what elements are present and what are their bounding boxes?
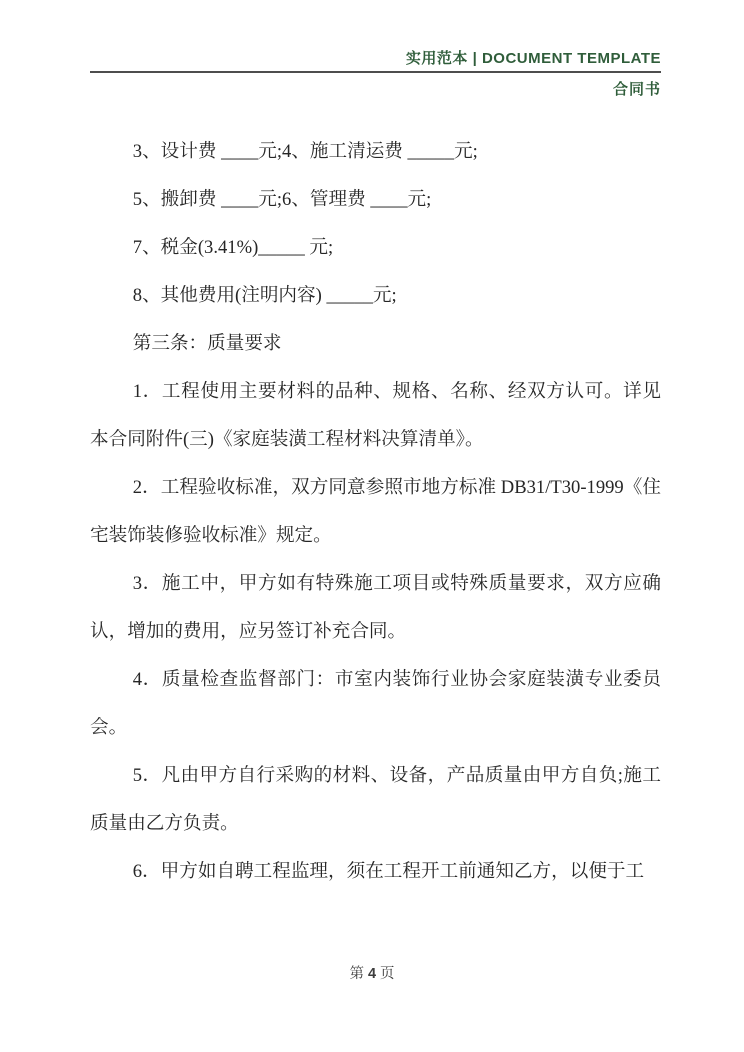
page-label-prefix: 第 bbox=[349, 966, 364, 982]
page-footer: 第4页 bbox=[0, 964, 744, 984]
fee-line-design: 3、设计费 ____元;4、施工清运费 _____元; bbox=[90, 128, 661, 176]
clause-4: 4．质量检查监督部门：市室内装饰行业协会家庭装潢专业委员会。 bbox=[90, 656, 661, 752]
fee-line-tax: 7、税金(3.41%)_____ 元; bbox=[90, 224, 661, 272]
document-body: 3、设计费 ____元;4、施工清运费 _____元; 5、搬卸费 ____元;… bbox=[90, 128, 661, 896]
page-number: 4 bbox=[368, 966, 376, 982]
clause-2: 2．工程验收标准，双方同意参照市地方标准 DB31/T30-1999《住宅装饰装… bbox=[90, 464, 661, 560]
document-page: 实用范本 | DOCUMENT TEMPLATE 合同书 3、设计费 ____元… bbox=[0, 0, 744, 1052]
fee-line-other: 8、其他费用(注明内容) _____元; bbox=[90, 272, 661, 320]
brand-line: 实用范本 | DOCUMENT TEMPLATE bbox=[90, 50, 661, 68]
page-label-suffix: 页 bbox=[380, 966, 395, 982]
fee-line-moving: 5、搬卸费 ____元;6、管理费 ____元; bbox=[90, 176, 661, 224]
header-divider bbox=[90, 71, 661, 73]
clause-3: 3．施工中，甲方如有特殊施工项目或特殊质量要求，双方应确认，增加的费用，应另签订… bbox=[90, 560, 661, 656]
clause-5: 5．凡由甲方自行采购的材料、设备，产品质量由甲方自负;施工质量由乙方负责。 bbox=[90, 752, 661, 848]
document-type-label: 合同书 bbox=[90, 81, 661, 99]
clause-6: 6．甲方如自聘工程监理，须在工程开工前通知乙方，以便于工 bbox=[90, 848, 661, 896]
document-header: 实用范本 | DOCUMENT TEMPLATE 合同书 bbox=[90, 50, 661, 99]
clause-1: 1．工程使用主要材料的品种、规格、名称、经双方认可。详见本合同附件(三)《家庭装… bbox=[90, 368, 661, 464]
section-heading-article-3: 第三条：质量要求 bbox=[90, 320, 661, 368]
